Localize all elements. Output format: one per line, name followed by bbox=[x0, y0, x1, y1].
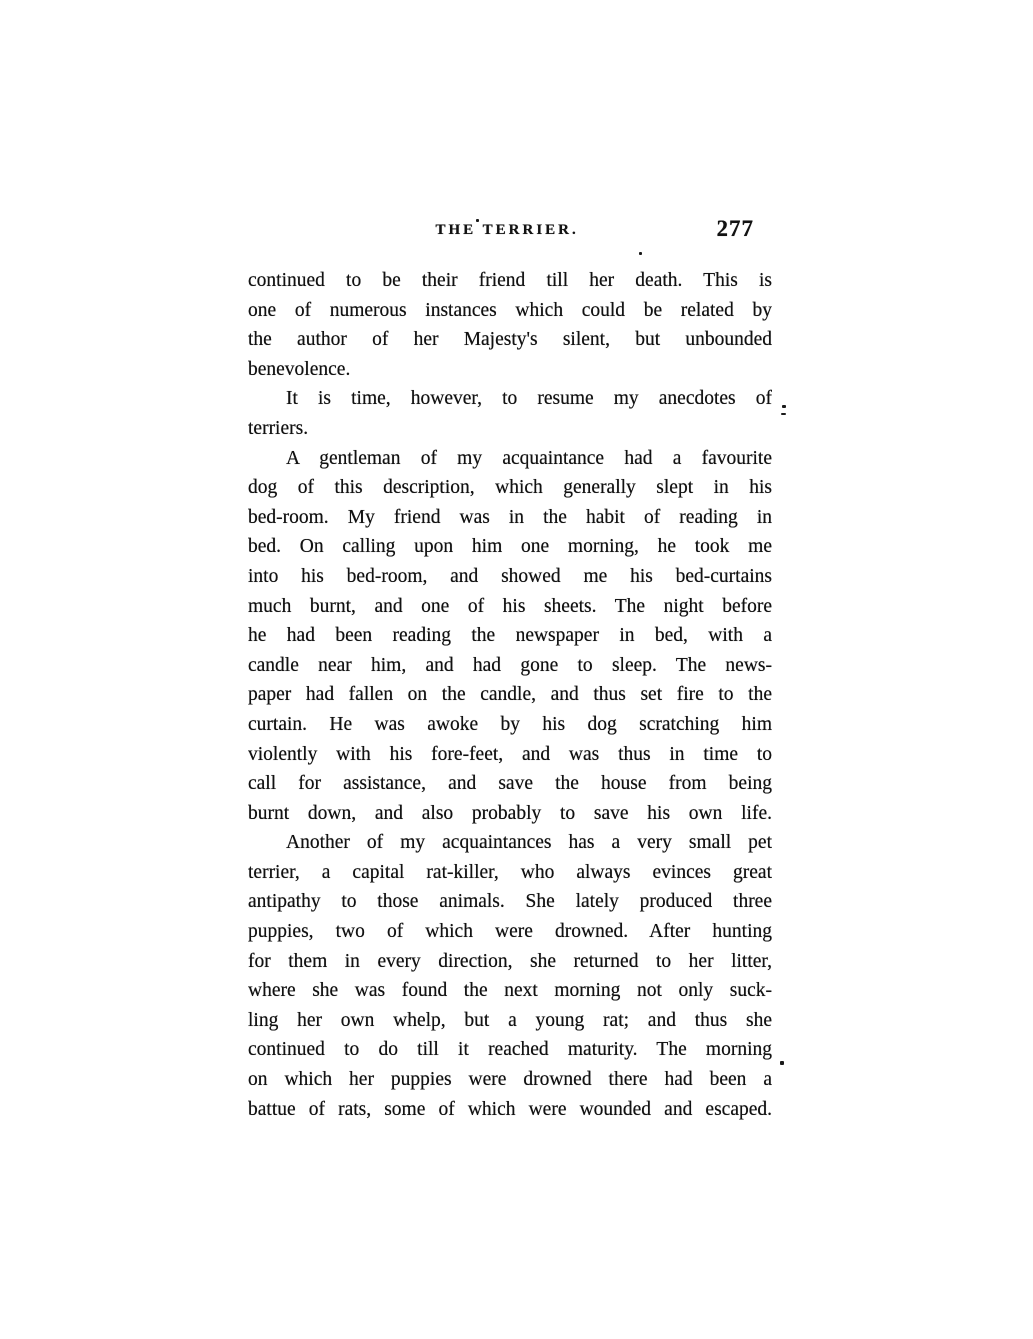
scan-speck bbox=[782, 405, 786, 408]
scan-speck bbox=[476, 219, 479, 222]
text-line: curtain. He was awoke by his dog scratch… bbox=[248, 710, 772, 740]
text-line: ling her own whelp, but a young rat; and… bbox=[248, 1006, 772, 1036]
text-line: candle near him, and had gone to sleep. … bbox=[248, 651, 772, 681]
text-line: antipathy to those animals. She lately p… bbox=[248, 887, 772, 917]
text-line: into his bed-room, and showed me his bed… bbox=[248, 562, 772, 592]
text-line: benevolence. bbox=[248, 355, 772, 385]
running-head: THE TERRIER. 277 bbox=[248, 220, 772, 266]
text-line: continued to be their friend till her de… bbox=[248, 266, 772, 296]
running-title: THE TERRIER. bbox=[436, 222, 579, 239]
scan-speck bbox=[781, 413, 786, 415]
scan-speck bbox=[780, 1061, 784, 1065]
text-line: continued to do till it reached maturity… bbox=[248, 1035, 772, 1065]
text-line: terrier, a capital rat-killer, who alway… bbox=[248, 858, 772, 888]
text-line: Another of my acquaintances has a very s… bbox=[248, 828, 772, 858]
text-line: call for assistance, and save the house … bbox=[248, 769, 772, 799]
text-line: where she was found the next morning not… bbox=[248, 976, 772, 1006]
text-line: one of numerous instances which could be… bbox=[248, 296, 772, 326]
text-line: puppies, two of which were drowned. Afte… bbox=[248, 917, 772, 947]
text-line: the author of her Majesty's silent, but … bbox=[248, 325, 772, 355]
text-line: A gentleman of my acquaintance had a fav… bbox=[248, 444, 772, 474]
text-line: It is time, however, to resume my anecdo… bbox=[248, 384, 772, 414]
text-line: violently with his fore-feet, and was th… bbox=[248, 740, 772, 770]
text-line: bed. On calling upon him one morning, he… bbox=[248, 532, 772, 562]
text-line: on which her puppies were drowned there … bbox=[248, 1065, 772, 1095]
text-line: battue of rats, some of which were wound… bbox=[248, 1095, 772, 1125]
text-line: bed-room. My friend was in the habit of … bbox=[248, 503, 772, 533]
text-line: paper had fallen on the candle, and thus… bbox=[248, 680, 772, 710]
scan-speck bbox=[639, 252, 642, 255]
text-line: dog of this description, which generally… bbox=[248, 473, 772, 503]
text-column: THE TERRIER. 277 continued to be their f… bbox=[248, 220, 772, 266]
page-number: 277 bbox=[717, 216, 755, 242]
page-text: continued to be their friend till her de… bbox=[248, 266, 772, 1124]
text-line: for them in every direction, she returne… bbox=[248, 947, 772, 977]
text-line: burnt down, and also probably to save hi… bbox=[248, 799, 772, 829]
book-page-scan: THE TERRIER. 277 continued to be their f… bbox=[0, 0, 1033, 1339]
text-line: much burnt, and one of his sheets. The n… bbox=[248, 592, 772, 622]
text-line: he had been reading the newspaper in bed… bbox=[248, 621, 772, 651]
text-line: terriers. bbox=[248, 414, 772, 444]
